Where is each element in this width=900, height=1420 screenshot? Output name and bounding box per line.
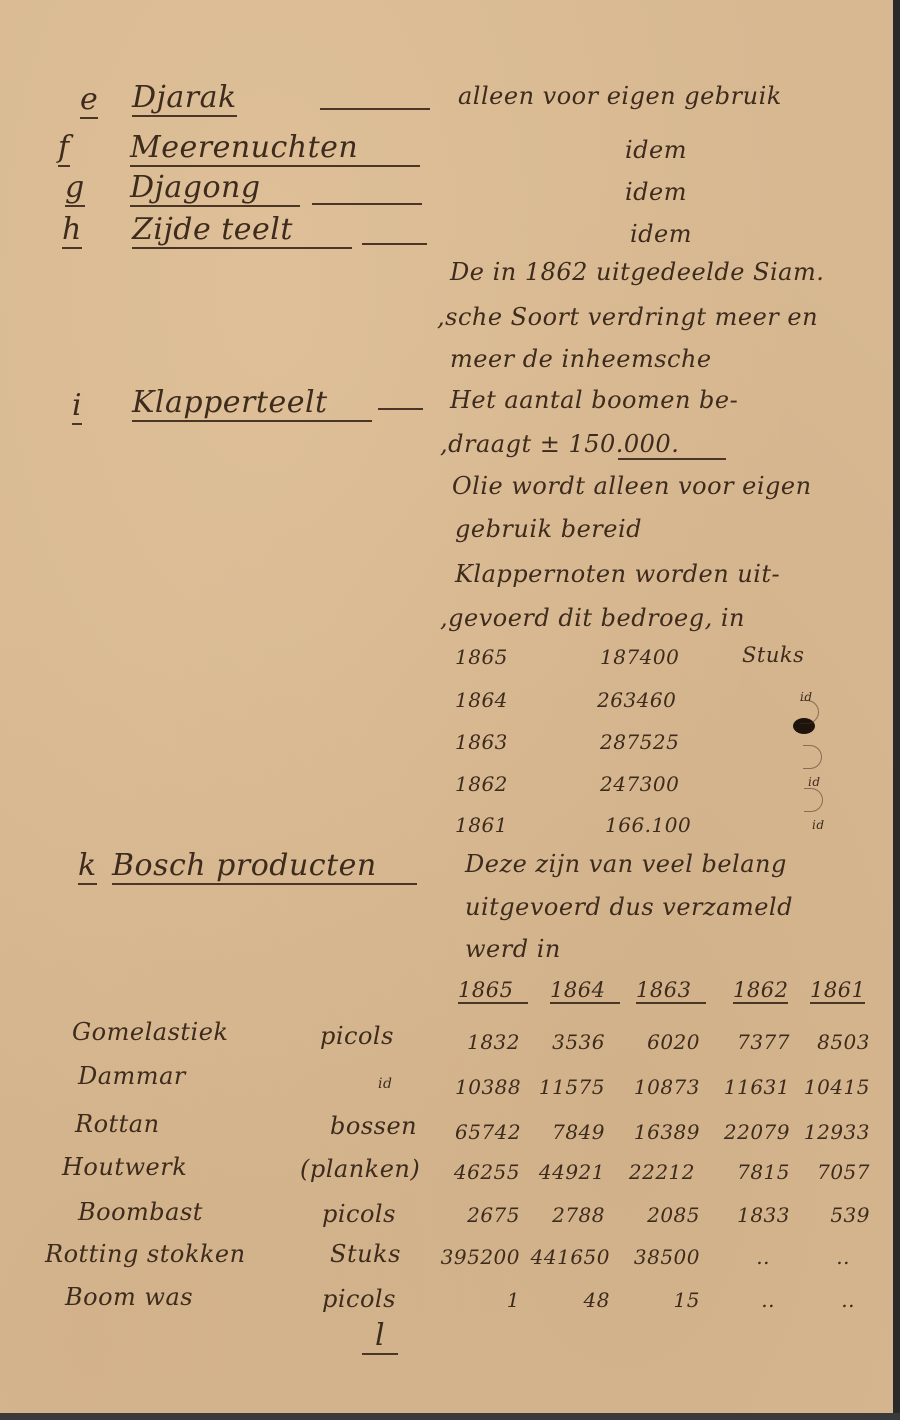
value-cell: 441650: [530, 1245, 610, 1269]
note-i-line-5: Klappernoten worden uit-: [455, 560, 780, 588]
year-header: 1861: [810, 978, 865, 1004]
year-cell: 1862: [455, 772, 508, 796]
item-letter-e: e: [80, 82, 98, 119]
value-cell: 46255: [450, 1160, 520, 1184]
item-remark-g: idem: [625, 178, 687, 206]
value-cell: ..: [745, 1288, 775, 1312]
next-item-letter-l: l: [362, 1318, 398, 1355]
product-name: Houtwerk: [62, 1153, 187, 1181]
item-name-bosch-producten: Bosch producten: [112, 848, 417, 885]
item-remark-h: idem: [630, 220, 692, 248]
product-unit: picols: [322, 1285, 396, 1313]
value-cell: 7815: [720, 1160, 790, 1184]
value-cell: 7057: [800, 1160, 870, 1184]
unit-cell: Stuks: [742, 643, 804, 667]
note-i-line-3: Olie wordt alleen voor eigen: [452, 472, 812, 500]
value-cell: 166.100: [605, 813, 691, 837]
year-cell: 1861: [455, 813, 508, 837]
ditto-flourish: [804, 788, 823, 812]
year-cell: 1864: [455, 688, 508, 712]
note-i-line-4: gebruik bereid: [455, 515, 642, 543]
item-name-meerenuchten: Meerenuchten: [130, 130, 420, 167]
value-cell: 12933: [800, 1120, 870, 1144]
note-k-line-3: werd in: [465, 935, 561, 963]
value-cell: 7377: [720, 1030, 790, 1054]
item-remark-f: idem: [625, 136, 687, 164]
product-unit: Stuks: [330, 1240, 401, 1268]
scan-border-right: [893, 0, 900, 1420]
year-cell: 1865: [455, 645, 508, 669]
product-unit: id: [378, 1076, 392, 1092]
value-cell: 48: [575, 1288, 610, 1312]
value-cell: 247300: [600, 772, 679, 796]
value-cell: 6020: [630, 1030, 700, 1054]
item-letter-g: g: [65, 170, 85, 207]
item-letter-k: k: [78, 848, 97, 885]
item-letter-h: h: [62, 212, 82, 249]
value-cell: 38500: [625, 1245, 700, 1269]
value-cell: 44921: [535, 1160, 605, 1184]
value-cell: 10388: [455, 1075, 520, 1099]
note-h-line-1: De in 1862 uitgedeelde Siam.: [450, 258, 824, 286]
item-name-zijde-teelt: Zijde teelt: [132, 212, 352, 249]
leader-dash: [320, 108, 430, 110]
value-cell: 22212: [625, 1160, 695, 1184]
product-name: Rottan: [75, 1110, 160, 1138]
value-cell: 2675: [455, 1203, 520, 1227]
product-name: Rotting stokken: [45, 1240, 246, 1268]
product-name: Boombast: [78, 1198, 203, 1226]
item-name-djarak: Djarak: [132, 80, 237, 117]
product-unit: (planken): [300, 1155, 420, 1183]
item-name-klapperteelt: Klapperteelt: [132, 385, 372, 422]
value-cell: 3536: [535, 1030, 605, 1054]
value-cell: 10415: [800, 1075, 870, 1099]
value-cell: ..: [820, 1245, 850, 1269]
ditto-flourish: [800, 700, 819, 724]
underline-150000: [618, 458, 726, 460]
value-cell: 11575: [535, 1075, 605, 1099]
year-header: 1863: [636, 978, 706, 1004]
product-unit: picols: [320, 1022, 394, 1050]
ditto-mark: id: [812, 818, 825, 832]
ditto-flourish: [803, 745, 822, 769]
value-cell: 1833: [720, 1203, 790, 1227]
manuscript-page: e Djarak alleen voor eigen gebruik f Mee…: [0, 0, 893, 1413]
value-cell: 395200: [440, 1245, 520, 1269]
product-unit: picols: [322, 1200, 396, 1228]
leader-dash: [312, 203, 422, 205]
item-name-djagong: Djagong: [130, 170, 300, 207]
leader-dash: [378, 408, 423, 410]
leader-dash: [362, 243, 427, 245]
value-cell: 2085: [630, 1203, 700, 1227]
value-cell: 1: [490, 1288, 520, 1312]
value-cell: 11631: [720, 1075, 790, 1099]
product-name: Boom was: [65, 1283, 193, 1311]
year-header: 1862: [733, 978, 788, 1004]
value-cell: 187400: [600, 645, 679, 669]
note-i-line-2: ,draagt ± 150.000.: [440, 430, 679, 458]
note-h-line-2: ,sche Soort verdringt meer en: [437, 303, 818, 331]
product-name: Gomelastiek: [72, 1018, 228, 1046]
value-cell: 287525: [600, 730, 679, 754]
value-cell: 10873: [630, 1075, 700, 1099]
value-cell: 263460: [597, 688, 676, 712]
value-cell: 22079: [720, 1120, 790, 1144]
value-cell: ..: [825, 1288, 855, 1312]
year-cell: 1863: [455, 730, 508, 754]
item-letter-i: i: [72, 388, 82, 425]
note-i-line-1: Het aantal boomen be-: [450, 386, 738, 414]
year-header: 1865: [458, 978, 528, 1004]
item-remark-e: alleen voor eigen gebruik: [458, 82, 782, 110]
value-cell: 7849: [535, 1120, 605, 1144]
value-cell: 8503: [800, 1030, 870, 1054]
note-h-line-3: meer de inheemsche: [450, 345, 712, 373]
scan-border-bottom: [0, 1413, 900, 1420]
product-unit: bossen: [330, 1112, 417, 1140]
value-cell: 15: [665, 1288, 700, 1312]
product-name: Dammar: [78, 1062, 186, 1090]
value-cell: 16389: [630, 1120, 700, 1144]
note-i-line-6: ,gevoerd dit bedroeg, in: [440, 604, 745, 632]
value-cell: 65742: [455, 1120, 520, 1144]
year-header: 1864: [550, 978, 620, 1004]
value-cell: 2788: [535, 1203, 605, 1227]
value-cell: ..: [740, 1245, 770, 1269]
item-letter-f: f: [58, 130, 70, 167]
value-cell: 1832: [455, 1030, 520, 1054]
note-k-line-2: uitgevoerd dus verzameld: [465, 893, 793, 921]
ditto-mark: id: [808, 775, 821, 789]
value-cell: 539: [800, 1203, 870, 1227]
note-k-line-1: Deze zijn van veel belang: [465, 850, 787, 878]
